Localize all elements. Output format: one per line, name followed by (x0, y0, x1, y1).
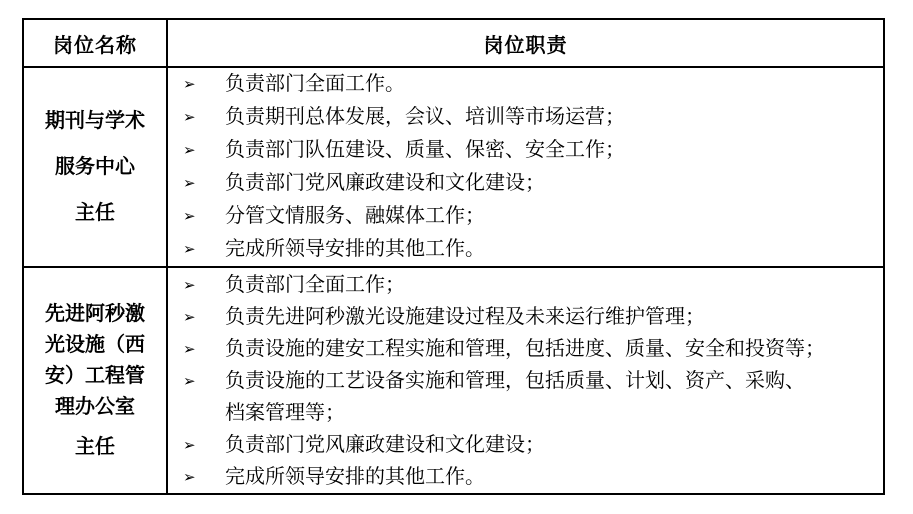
duties-cell: ➢负责部门全面工作；➢负责先进阿秒激光设施建设过程及未来运行维护管理；➢负责设施… (167, 267, 884, 494)
duty-item: ➢负责设施的建安工程实施和管理，包括进度、质量、安全和投资等； (168, 333, 875, 365)
duty-line: 负责部门队伍建设、质量、保密、安全工作； (225, 134, 875, 167)
position-name-line: 先进阿秒激 (45, 303, 145, 325)
position-name-line: 理办公室 (55, 396, 135, 418)
position-name-line: 安）工程管 (45, 365, 145, 387)
position-name-block: 期刊与学术服务中心主任 (24, 110, 166, 224)
arrowhead-bullet-icon: ➢ (183, 429, 196, 461)
duty-item: ➢负责部门全面工作； (168, 269, 875, 301)
duty-item: ➢负责部门党风廉政建设和文化建设； (168, 167, 875, 200)
position-duties-table: 岗位名称 岗位职责 期刊与学术服务中心主任➢负责部门全面工作。➢负责期刊总体发展… (22, 18, 885, 495)
arrowhead-bullet-icon: ➢ (183, 365, 196, 397)
duties-cell: ➢负责部门全面工作。➢负责期刊总体发展，会议、培训等市场运营；➢负责部门队伍建设… (167, 67, 884, 267)
duty-line: 完成所领导安排的其他工作。 (225, 233, 875, 266)
duty-line: 负责设施的建安工程实施和管理，包括进度、质量、安全和投资等； (225, 333, 875, 365)
duty-item: ➢负责期刊总体发展，会议、培训等市场运营； (168, 101, 875, 134)
arrowhead-bullet-icon: ➢ (183, 101, 196, 134)
duty-item: ➢负责部门全面工作。 (168, 68, 875, 101)
table-body: 期刊与学术服务中心主任➢负责部门全面工作。➢负责期刊总体发展，会议、培训等市场运… (23, 67, 884, 494)
duty-line: 分管文情服务、融媒体工作； (225, 200, 875, 233)
duty-line: 负责先进阿秒激光设施建设过程及未来运行维护管理； (225, 301, 875, 333)
position-name-line: 期刊与学术 (45, 110, 145, 132)
table-row: 期刊与学术服务中心主任➢负责部门全面工作。➢负责期刊总体发展，会议、培训等市场运… (23, 67, 884, 267)
position-role: 主任 (75, 202, 115, 224)
duty-line: 负责期刊总体发展，会议、培训等市场运营； (225, 101, 875, 134)
position-name-cell: 先进阿秒激光设施（西安）工程管理办公室主任 (23, 267, 167, 494)
duty-item: ➢负责先进阿秒激光设施建设过程及未来运行维护管理； (168, 301, 875, 333)
position-role: 主任 (75, 436, 115, 458)
arrowhead-bullet-icon: ➢ (183, 269, 196, 301)
duty-item: ➢负责部门党风廉政建设和文化建设； (168, 429, 875, 461)
duty-line: 负责部门全面工作。 (225, 68, 875, 101)
header-position-duties: 岗位职责 (167, 19, 884, 67)
arrowhead-bullet-icon: ➢ (183, 333, 196, 365)
duty-item: ➢分管文情服务、融媒体工作； (168, 200, 875, 233)
duty-line: 档案管理等； (225, 397, 875, 429)
duty-item: ➢完成所领导安排的其他工作。 (168, 233, 875, 266)
duty-line: 完成所领导安排的其他工作。 (225, 461, 875, 493)
duty-line: 负责部门党风廉政建设和文化建设； (225, 429, 875, 461)
table-row: 先进阿秒激光设施（西安）工程管理办公室主任➢负责部门全面工作；➢负责先进阿秒激光… (23, 267, 884, 494)
position-name-line: 光设施（西 (45, 334, 145, 356)
arrowhead-bullet-icon: ➢ (183, 134, 196, 167)
duty-line: 负责部门党风廉政建设和文化建设； (225, 167, 875, 200)
duty-item: ➢负责设施的工艺设备实施和管理，包括质量、计划、资产、采购、档案管理等； (168, 365, 875, 429)
duty-item: ➢负责部门队伍建设、质量、保密、安全工作； (168, 134, 875, 167)
header-position-name: 岗位名称 (23, 19, 167, 67)
arrowhead-bullet-icon: ➢ (183, 68, 196, 101)
position-name-line: 服务中心 (55, 156, 135, 178)
arrowhead-bullet-icon: ➢ (183, 200, 196, 233)
duty-line: 负责设施的工艺设备实施和管理，包括质量、计划、资产、采购、 (225, 365, 875, 397)
duty-line: 负责部门全面工作； (225, 269, 875, 301)
table-header-row: 岗位名称 岗位职责 (23, 19, 884, 67)
arrowhead-bullet-icon: ➢ (183, 301, 196, 333)
arrowhead-bullet-icon: ➢ (183, 167, 196, 200)
arrowhead-bullet-icon: ➢ (183, 233, 196, 266)
duty-item: ➢完成所领导安排的其他工作。 (168, 461, 875, 493)
position-name-block: 先进阿秒激光设施（西安）工程管理办公室主任 (24, 303, 166, 458)
arrowhead-bullet-icon: ➢ (183, 461, 196, 493)
position-name-cell: 期刊与学术服务中心主任 (23, 67, 167, 267)
